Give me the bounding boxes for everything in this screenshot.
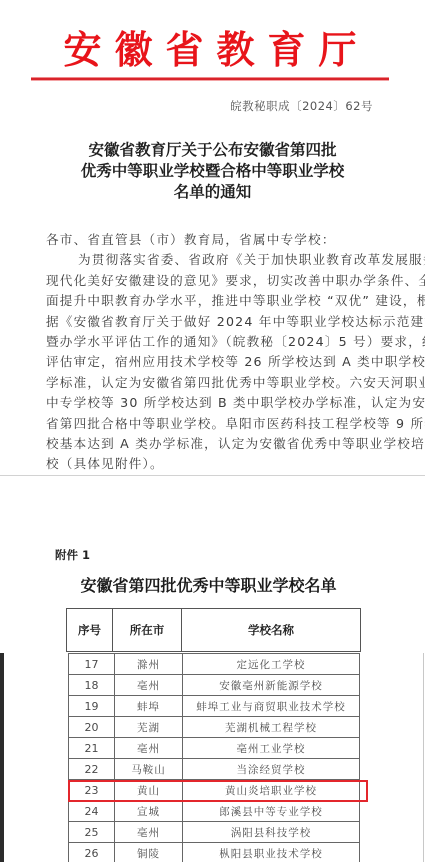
notice-title-line-2: 优秀中等职业学校暨合格中等职业学校 — [0, 160, 425, 181]
cell-number: 21 — [69, 738, 115, 758]
table-row: 26 铜陵 枞阳县职业技术学校 — [69, 842, 359, 862]
cell-number: 19 — [69, 696, 115, 716]
notice-title: 安徽省教育厅关于公布安徽省第四批 优秀中等职业学校暨合格中等职业学校 名单的通知 — [0, 139, 425, 202]
body-line: 面提升中职教育办学水平，推进中等职业学校 “双优” 建设，根 — [46, 291, 372, 311]
cell-city: 亳州 — [115, 675, 183, 695]
table-row: 18 亳州 安徽亳州新能源学校 — [69, 674, 359, 695]
right-edge-line — [423, 653, 424, 862]
cell-school: 定远化工学校 — [183, 654, 359, 674]
body-line: 据《安徽省教育厅关于做好 2024 年中等职业学校达标示范建设 — [46, 312, 372, 332]
document-number: 皖教秘职成〔2024〕62号 — [230, 98, 373, 114]
table-row: 21 亳州 亳州工业学校 — [69, 737, 359, 758]
body-line: 评估审定，宿州应用技术学校等 26 所学校达到 A 类中职学校办 — [46, 352, 372, 372]
attachment-label: 附件 1 — [55, 547, 90, 563]
table-header-row: 序号 所在市 学校名称 — [66, 608, 361, 652]
header-city: 所在市 — [113, 609, 182, 651]
attachment-title: 安徽省第四批优秀中等职业学校名单 — [0, 573, 425, 596]
cell-school: 郎溪县中等专业学校 — [183, 801, 359, 821]
body-line: 中专学校等 30 所学校达到 B 类中职学校办学标准，认定为安徽 — [46, 393, 372, 413]
cell-number: 26 — [69, 843, 115, 862]
body-line: 校（具体见附件）。 — [46, 454, 372, 474]
body-line: 校基本达到 A 类办学标准，认定为安徽省优秀中等职业学校培育 — [46, 434, 372, 454]
school-table-body: 17 滁州 定远化工学校 18 亳州 安徽亳州新能源学校 19 蚌埠 蚌埠工业与… — [68, 653, 360, 862]
cell-school: 涡阳县科技学校 — [183, 822, 359, 842]
cell-number: 18 — [69, 675, 115, 695]
left-edge-bar — [0, 653, 4, 862]
salutation: 各市、省直管县（市）教育局，省属中专学校： — [46, 230, 372, 250]
table-row-highlighted: 23 黄山 黄山炎培职业学校 — [69, 779, 359, 800]
cell-number: 24 — [69, 801, 115, 821]
cell-school: 黄山炎培职业学校 — [183, 780, 359, 800]
body-line: 暨办学水平评估工作的通知》（皖教秘〔2024〕5 号）要求，经 — [46, 332, 372, 352]
letterhead-title: 安徽省教育厅 — [0, 28, 425, 72]
table-row: 17 滁州 定远化工学校 — [69, 653, 359, 674]
table-row: 25 亳州 涡阳县科技学校 — [69, 821, 359, 842]
body-line: 省第四批合格中等职业学校。阜阳市医药科技工程学校等 9 所学 — [46, 414, 372, 434]
cell-number: 22 — [69, 759, 115, 779]
notice-title-line-1: 安徽省教育厅关于公布安徽省第四批 — [0, 139, 425, 160]
cell-number: 20 — [69, 717, 115, 737]
cell-city: 亳州 — [115, 738, 183, 758]
letterhead-red-rule — [31, 77, 389, 81]
cell-school: 芜湖机械工程学校 — [183, 717, 359, 737]
cell-city: 芜湖 — [115, 717, 183, 737]
table-row: 22 马鞍山 当涂经贸学校 — [69, 758, 359, 779]
table-row: 24 宣城 郎溪县中等专业学校 — [69, 800, 359, 821]
cell-city: 宣城 — [115, 801, 183, 821]
cell-school: 蚌埠工业与商贸职业技术学校 — [183, 696, 359, 716]
cell-number: 25 — [69, 822, 115, 842]
body-line: 学标准，认定为安徽省第四批优秀中等职业学校。六安天河职业 — [46, 373, 372, 393]
header-number: 序号 — [67, 609, 113, 651]
cell-number: 23 — [69, 780, 115, 800]
cell-school: 亳州工业学校 — [183, 738, 359, 758]
notice-title-line-3: 名单的通知 — [0, 181, 425, 202]
cell-city: 黄山 — [115, 780, 183, 800]
cell-number: 17 — [69, 654, 115, 674]
cell-city: 铜陵 — [115, 843, 183, 862]
table-row: 20 芜湖 芜湖机械工程学校 — [69, 716, 359, 737]
cell-city: 蚌埠 — [115, 696, 183, 716]
cell-school: 枞阳县职业技术学校 — [183, 843, 359, 862]
cell-school: 当涂经贸学校 — [183, 759, 359, 779]
header-school-name: 学校名称 — [182, 609, 360, 651]
cell-city: 亳州 — [115, 822, 183, 842]
body-line: 为贯彻落实省委、省政府《关于加快职业教育改革发展服务 — [46, 250, 372, 270]
table-row: 19 蚌埠 蚌埠工业与商贸职业技术学校 — [69, 695, 359, 716]
cell-school: 安徽亳州新能源学校 — [183, 675, 359, 695]
cell-city: 马鞍山 — [115, 759, 183, 779]
body-line: 现代化美好安徽建设的意见》要求，切实改善中职办学条件、全 — [46, 271, 372, 291]
document-page: 安徽省教育厅 皖教秘职成〔2024〕62号 安徽省教育厅关于公布安徽省第四批 优… — [0, 0, 425, 862]
cell-city: 滁州 — [115, 654, 183, 674]
page-divider — [0, 475, 425, 476]
notice-body: 各市、省直管县（市）教育局，省属中专学校： 为贯彻落实省委、省政府《关于加快职业… — [46, 230, 372, 475]
